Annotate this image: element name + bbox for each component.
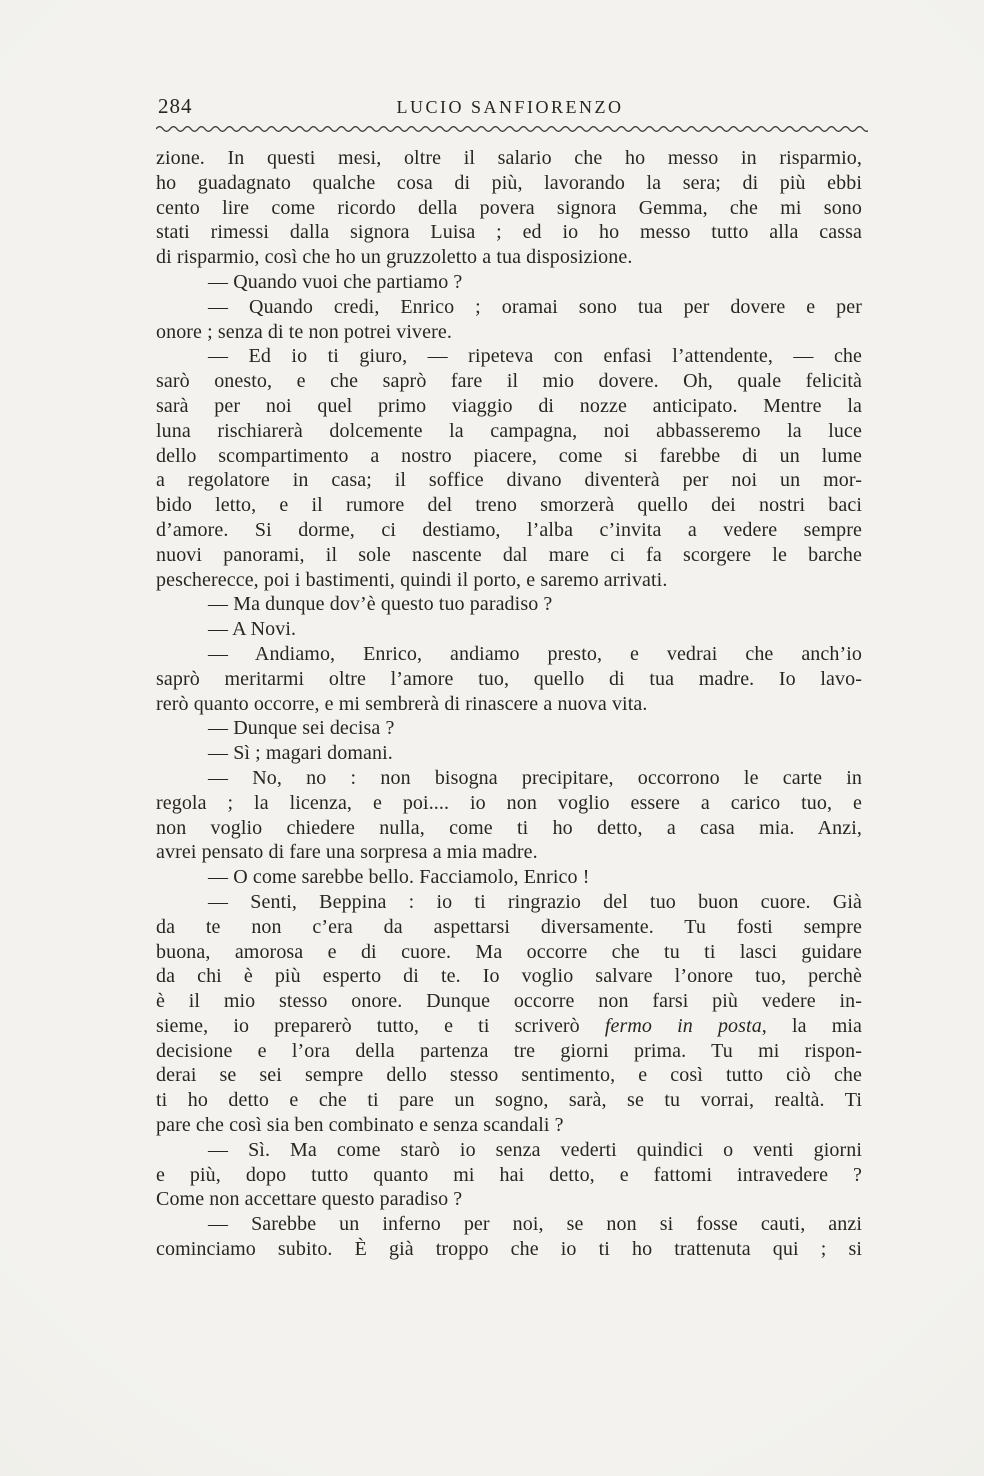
text-line: — Quando vuoi che partiamo ?: [156, 270, 862, 295]
text-line: avrei pensato di fare una sorpresa a mia…: [156, 840, 862, 865]
text-segment: Come non accettare questo paradiso ?: [156, 1188, 462, 1210]
text-line: bido letto, e il rumore del treno smorze…: [156, 493, 862, 518]
text-segment: bido letto, e il rumore del treno smorze…: [156, 494, 862, 516]
text-line: pescherecce, poi i bastimenti, quindi il…: [156, 568, 862, 593]
text-segment: buona, amorosa e di cuore. Ma occorre ch…: [156, 941, 862, 963]
text-line: da chi è più esperto di te. Io voglio sa…: [156, 964, 862, 989]
text-line: non voglio chiedere nulla, come ti ho de…: [156, 816, 862, 841]
text-line: regola ; la licenza, e poi.... io non vo…: [156, 791, 862, 816]
text-line: è il mio stesso onore. Dunque occorre no…: [156, 989, 862, 1014]
text-segment: — Ed io ti giuro, — ripeteva con enfasi …: [208, 345, 862, 367]
text-line: — Senti, Beppina : io ti ringrazio del t…: [156, 890, 862, 915]
page-header: 284 LUCIO SANFIORENZO: [156, 94, 864, 126]
text-line: — Ed io ti giuro, — ripeteva con enfasi …: [156, 344, 862, 369]
text-line: derai se sei sempre dello stesso sentime…: [156, 1063, 862, 1088]
text-line: — Ma dunque dov’è questo tuo paradiso ?: [156, 592, 862, 617]
text-line: dello scompartimento a nostro piacere, c…: [156, 444, 862, 469]
text-segment: di risparmio, così che ho un gruzzoletto…: [156, 246, 632, 268]
text-line: — Quando credi, Enrico ; oramai sono tua…: [156, 295, 862, 320]
text-segment: sarà per noi quel primo viaggio di nozze…: [156, 395, 862, 417]
text-line: saprò meritarmi oltre l’amore tuo, quell…: [156, 667, 862, 692]
text-segment: nuovi panorami, il sole nascente dal mar…: [156, 544, 862, 566]
text-segment: derai se sei sempre dello stesso sentime…: [156, 1064, 862, 1086]
text-line: sieme, io preparerò tutto, e ti scriverò…: [156, 1014, 862, 1039]
text-line: buona, amorosa e di cuore. Ma occorre ch…: [156, 940, 862, 965]
wavy-line-graphic: [156, 123, 868, 135]
text-segment: ti ho detto e che ti pare un sogno, sarà…: [156, 1089, 862, 1111]
text-line: ho guadagnato qualche cosa di più, lavor…: [156, 171, 862, 196]
text-segment: e più, dopo tutto quanto mi hai detto, e…: [156, 1164, 862, 1186]
text-block: zione. In questi mesi, oltre il salario …: [156, 146, 862, 1262]
text-segment: — Sarebbe un inferno per noi, se non si …: [208, 1213, 862, 1235]
text-segment: — Dunque sei decisa ?: [208, 717, 395, 739]
text-segment: da te non c’era da aspettarsi diversamen…: [156, 916, 862, 938]
wavy-rule-divider: [156, 123, 868, 135]
book-page: 284 LUCIO SANFIORENZO zione. In questi m…: [0, 0, 984, 1476]
text-segment: d’amore. Si dorme, ci destiamo, l’alba c…: [156, 519, 862, 541]
text-segment: a regolatore in casa; il soffice divano …: [156, 469, 862, 491]
text-segment: — Sì. Ma come starò io senza vederti qui…: [208, 1139, 862, 1161]
text-segment: avrei pensato di fare una sorpresa a mia…: [156, 841, 538, 863]
text-line: cominciamo subito. È già troppo che io t…: [156, 1237, 862, 1262]
text-line: ti ho detto e che ti pare un sogno, sarà…: [156, 1088, 862, 1113]
text-line: — Sì. Ma come starò io senza vederti qui…: [156, 1138, 862, 1163]
text-line: a regolatore in casa; il soffice divano …: [156, 468, 862, 493]
text-segment: sarò onesto, e che saprò fare il mio dov…: [156, 370, 862, 392]
text-line: luna rischiarerà dolcemente la campagna,…: [156, 419, 862, 444]
text-line: rerò quanto occorre, e mi sembrerà di ri…: [156, 692, 862, 717]
text-line: Come non accettare questo paradiso ?: [156, 1187, 862, 1212]
text-segment: zione. In questi mesi, oltre il salario …: [156, 147, 862, 169]
text-segment: pare che così sia ben combinato e senza …: [156, 1114, 564, 1136]
text-segment: — Senti, Beppina : io ti ringrazio del t…: [208, 891, 862, 913]
text-line: nuovi panorami, il sole nascente dal mar…: [156, 543, 862, 568]
text-line: — Sì ; magari domani.: [156, 741, 862, 766]
running-head: LUCIO SANFIORENZO: [156, 97, 864, 118]
text-line: sarà per noi quel primo viaggio di nozze…: [156, 394, 862, 419]
text-segment: cominciamo subito. È già troppo che io t…: [156, 1238, 862, 1260]
text-segment: rerò quanto occorre, e mi sembrerà di ri…: [156, 693, 647, 715]
text-line: cento lire come ricordo della povera sig…: [156, 196, 862, 221]
text-line: d’amore. Si dorme, ci destiamo, l’alba c…: [156, 518, 862, 543]
text-segment: — O come sarebbe bello. Facciamolo, Enri…: [208, 866, 590, 888]
text-segment: pescherecce, poi i bastimenti, quindi il…: [156, 569, 667, 591]
text-line: e più, dopo tutto quanto mi hai detto, e…: [156, 1163, 862, 1188]
text-line: — Sarebbe un inferno per noi, se non si …: [156, 1212, 862, 1237]
text-segment: cento lire come ricordo della povera sig…: [156, 197, 862, 219]
text-segment: regola ; la licenza, e poi.... io non vo…: [156, 792, 862, 814]
text-line: onore ; senza di te non potrei vivere.: [156, 320, 862, 345]
text-line: decisione e l’ora della partenza tre gio…: [156, 1039, 862, 1064]
text-line: — O come sarebbe bello. Facciamolo, Enri…: [156, 865, 862, 890]
text-line: — No, no : non bisogna precipitare, occo…: [156, 766, 862, 791]
text-segment: stati rimessi dalla signora Luisa ; ed i…: [156, 221, 862, 243]
text-line: — Andiamo, Enrico, andiamo presto, e ved…: [156, 642, 862, 667]
text-segment: saprò meritarmi oltre l’amore tuo, quell…: [156, 668, 862, 690]
text-segment: — Sì ; magari domani.: [208, 742, 393, 764]
text-segment: — No, no : non bisogna precipitare, occo…: [208, 767, 862, 789]
text-line: — Dunque sei decisa ?: [156, 716, 862, 741]
text-segment: luna rischiarerà dolcemente la campagna,…: [156, 420, 862, 442]
text-line: pare che così sia ben combinato e senza …: [156, 1113, 862, 1138]
text-segment: ho guadagnato qualche cosa di più, lavor…: [156, 172, 862, 194]
text-segment: onore ; senza di te non potrei vivere.: [156, 321, 452, 343]
text-segment: — A Novi.: [208, 618, 296, 640]
text-line: da te non c’era da aspettarsi diversamen…: [156, 915, 862, 940]
text-segment: dello scompartimento a nostro piacere, c…: [156, 445, 862, 467]
text-segment: non voglio chiedere nulla, come ti ho de…: [156, 817, 862, 839]
text-segment: è il mio stesso onore. Dunque occorre no…: [156, 990, 862, 1012]
text-segment: , la mia: [762, 1015, 862, 1037]
text-segment: da chi è più esperto di te. Io voglio sa…: [156, 965, 862, 987]
text-line: — A Novi.: [156, 617, 862, 642]
text-line: zione. In questi mesi, oltre il salario …: [156, 146, 862, 171]
text-segment: sieme, io preparerò tutto, e ti scriverò: [156, 1015, 605, 1037]
text-segment: — Quando vuoi che partiamo ?: [208, 271, 462, 293]
text-line: di risparmio, così che ho un gruzzoletto…: [156, 245, 862, 270]
text-line: stati rimessi dalla signora Luisa ; ed i…: [156, 220, 862, 245]
text-line: sarò onesto, e che saprò fare il mio dov…: [156, 369, 862, 394]
text-segment: — Ma dunque dov’è questo tuo paradiso ?: [208, 593, 552, 615]
italic-phrase: fermo in posta: [605, 1015, 762, 1037]
text-segment: — Quando credi, Enrico ; oramai sono tua…: [208, 296, 862, 318]
text-segment: decisione e l’ora della partenza tre gio…: [156, 1040, 862, 1062]
text-segment: — Andiamo, Enrico, andiamo presto, e ved…: [208, 643, 862, 665]
